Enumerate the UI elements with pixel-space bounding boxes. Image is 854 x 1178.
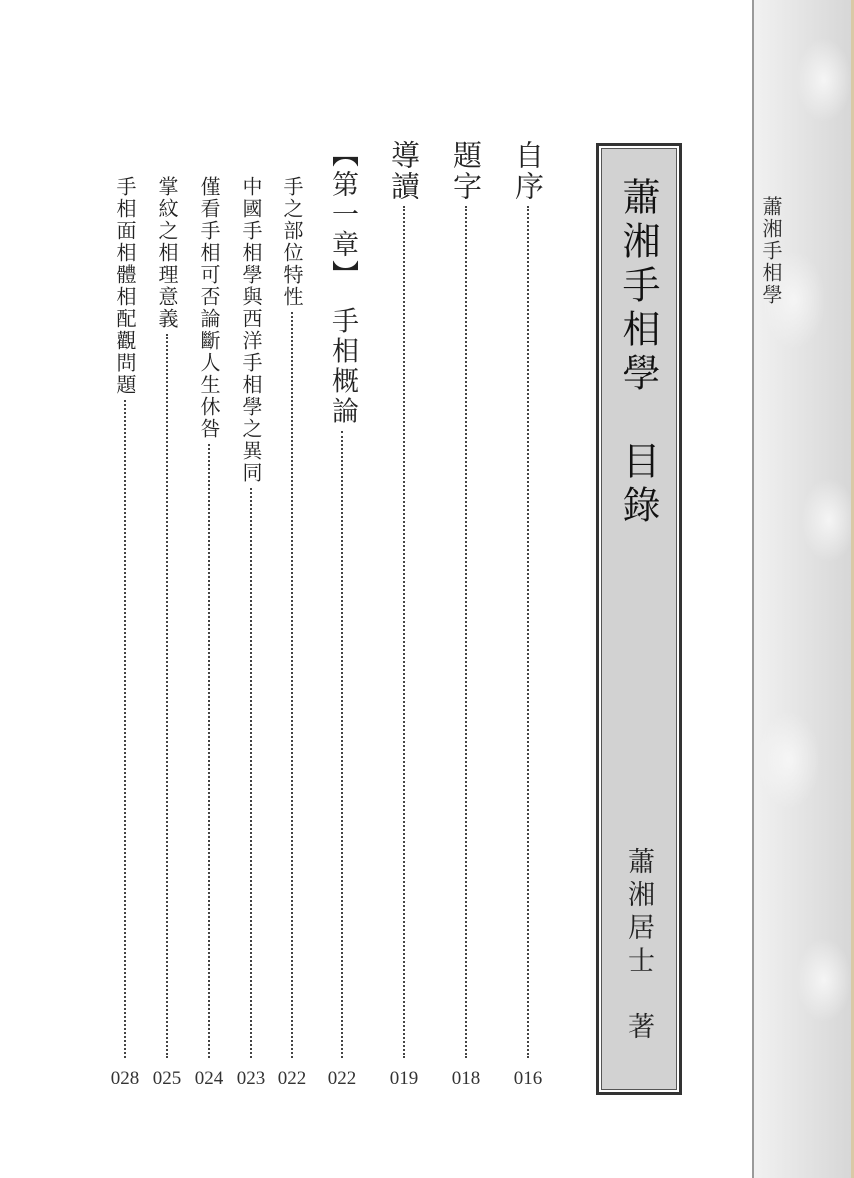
toc-entry-title: 題字 <box>448 140 484 202</box>
dotted-leader <box>527 206 529 1058</box>
toc-entry-guide[interactable]: 導讀 019 <box>384 140 424 1090</box>
toc-entry-page: 018 <box>452 1068 481 1090</box>
toc-entry-title: 中國手相學與西洋手相學之異同 <box>239 176 263 484</box>
book-title: 蕭湘手相學 目錄 <box>602 177 676 529</box>
toc-entry-page: 022 <box>278 1068 307 1090</box>
toc-entry-section[interactable]: 手之部位特性 022 <box>276 176 308 1090</box>
author: 蕭湘居士 著 <box>602 847 676 1045</box>
dotted-leader <box>124 400 126 1058</box>
toc-entry-title: 【第一章】 手相概論 <box>324 140 360 427</box>
toc-entry-section[interactable]: 手相面相體相配觀問題 028 <box>109 176 141 1090</box>
book-page: 蕭湘手相學 蕭湘手相學 目錄 蕭湘居士 著 自序 016 題字 018 導讀 0… <box>0 0 854 1178</box>
toc-entry-title: 導讀 <box>386 140 422 202</box>
dotted-leader <box>250 488 252 1058</box>
author-text: 蕭湘居士 著 <box>602 847 676 1045</box>
toc-entry-preface[interactable]: 自序 016 <box>508 140 548 1090</box>
title-box: 蕭湘手相學 目錄 蕭湘居士 著 <box>596 143 682 1095</box>
dotted-leader <box>341 431 343 1059</box>
toc-entry-page: 025 <box>153 1068 182 1090</box>
toc-entry-title: 自序 <box>510 140 546 202</box>
toc-entry-title: 掌紋之相理意義 <box>155 176 179 330</box>
toc-entry-page: 019 <box>390 1068 419 1090</box>
dotted-leader <box>403 206 405 1058</box>
toc-entry-chapter-1[interactable]: 【第一章】 手相概論 022 <box>322 140 362 1090</box>
toc-entry-section[interactable]: 僅看手相可否論斷人生休咎 024 <box>193 176 225 1090</box>
toc-entry-page: 016 <box>514 1068 543 1090</box>
dotted-leader <box>465 206 467 1058</box>
toc-entry-title: 手相面相體相配觀問題 <box>113 176 137 396</box>
toc-entry-section[interactable]: 中國手相學與西洋手相學之異同 023 <box>235 176 267 1090</box>
toc-entry-page: 028 <box>111 1068 140 1090</box>
toc-entry-title: 僅看手相可否論斷人生休咎 <box>197 176 221 440</box>
toc-entry-inscription[interactable]: 題字 018 <box>446 140 486 1090</box>
dotted-leader <box>291 312 293 1058</box>
book-title-text: 蕭湘手相學 目錄 <box>602 177 676 529</box>
toc-entry-page: 024 <box>195 1068 224 1090</box>
decorative-cloud-strip <box>752 0 854 1178</box>
title-box-inner: 蕭湘手相學 目錄 蕭湘居士 著 <box>601 148 677 1090</box>
dotted-leader <box>166 334 168 1058</box>
toc-entry-section[interactable]: 掌紋之相理意義 025 <box>151 176 183 1090</box>
dotted-leader <box>208 444 210 1058</box>
toc-entry-title: 手之部位特性 <box>280 176 304 308</box>
running-head: 蕭湘手相學 <box>756 196 786 306</box>
toc-entry-page: 022 <box>328 1068 357 1090</box>
toc-entry-page: 023 <box>237 1068 266 1090</box>
